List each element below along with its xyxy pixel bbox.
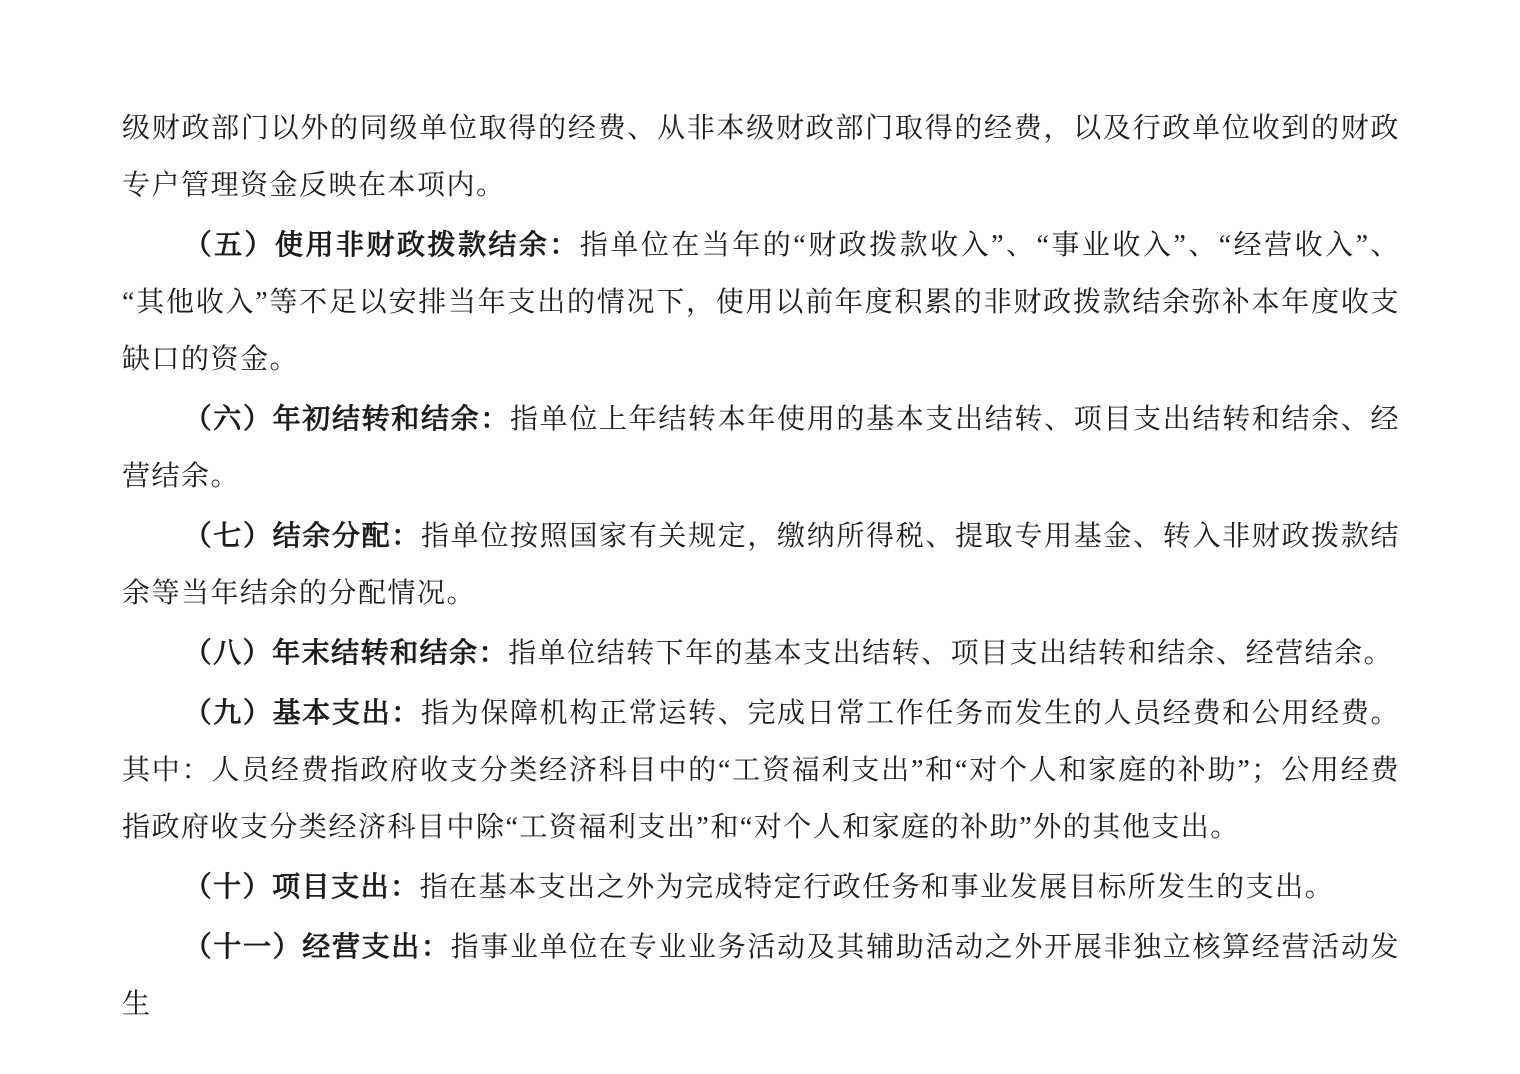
paragraph: （十）项目支出：指在基本支出之外为完成特定行政任务和事业发展目标所发生的支出。 bbox=[122, 859, 1400, 916]
paragraph-lead: （七）结余分配： bbox=[184, 521, 421, 552]
paragraph-lead: （十一）经营支出： bbox=[184, 932, 451, 963]
paragraph: （八）年末结转和结余：指单位结转下年的基本支出结转、项目支出结转和结余、经营结余… bbox=[122, 625, 1400, 682]
paragraph-text: 指单位结转下年的基本支出结转、项目支出结转和结余、经营结余。 bbox=[508, 638, 1393, 669]
paragraph-text: 指在基本支出之外为完成特定行政任务和事业发展目标所发生的支出。 bbox=[420, 872, 1335, 903]
paragraph-lead: （八）年末结转和结余： bbox=[184, 638, 509, 669]
paragraph: （五）使用非财政拨款结余：指单位在当年的“财政拨款收入”、“事业收入”、“经营收… bbox=[122, 217, 1400, 388]
paragraph-lead: （十）项目支出： bbox=[184, 872, 420, 903]
paragraph: （六）年初结转和结余：指单位上年结转本年使用的基本支出结转、项目支出结转和结余、… bbox=[122, 391, 1400, 505]
paragraph-text: 级财政部门以外的同级单位取得的经费、从非本级财政部门取得的经费，以及行政单位收到… bbox=[122, 113, 1400, 201]
paragraph-lead: （五）使用非财政拨款结余： bbox=[184, 230, 580, 261]
document-body: 级财政部门以外的同级单位取得的经费、从非本级财政部门取得的经费，以及行政单位收到… bbox=[122, 100, 1400, 1033]
paragraph: （十一）经营支出：指事业单位在专业业务活动及其辅助活动之外开展非独立核算经营活动… bbox=[122, 919, 1400, 1033]
document-page: 级财政部门以外的同级单位取得的经费、从非本级财政部门取得的经费，以及行政单位收到… bbox=[0, 0, 1520, 1074]
paragraph: 级财政部门以外的同级单位取得的经费、从非本级财政部门取得的经费，以及行政单位收到… bbox=[122, 100, 1400, 214]
paragraph-lead: （六）年初结转和结余： bbox=[184, 404, 510, 435]
paragraph-lead: （九）基本支出： bbox=[184, 698, 421, 729]
paragraph: （九）基本支出：指为保障机构正常运转、完成日常工作任务而发生的人员经费和公用经费… bbox=[122, 685, 1400, 856]
paragraph: （七）结余分配：指单位按照国家有关规定，缴纳所得税、提取专用基金、转入非财政拨款… bbox=[122, 508, 1400, 622]
